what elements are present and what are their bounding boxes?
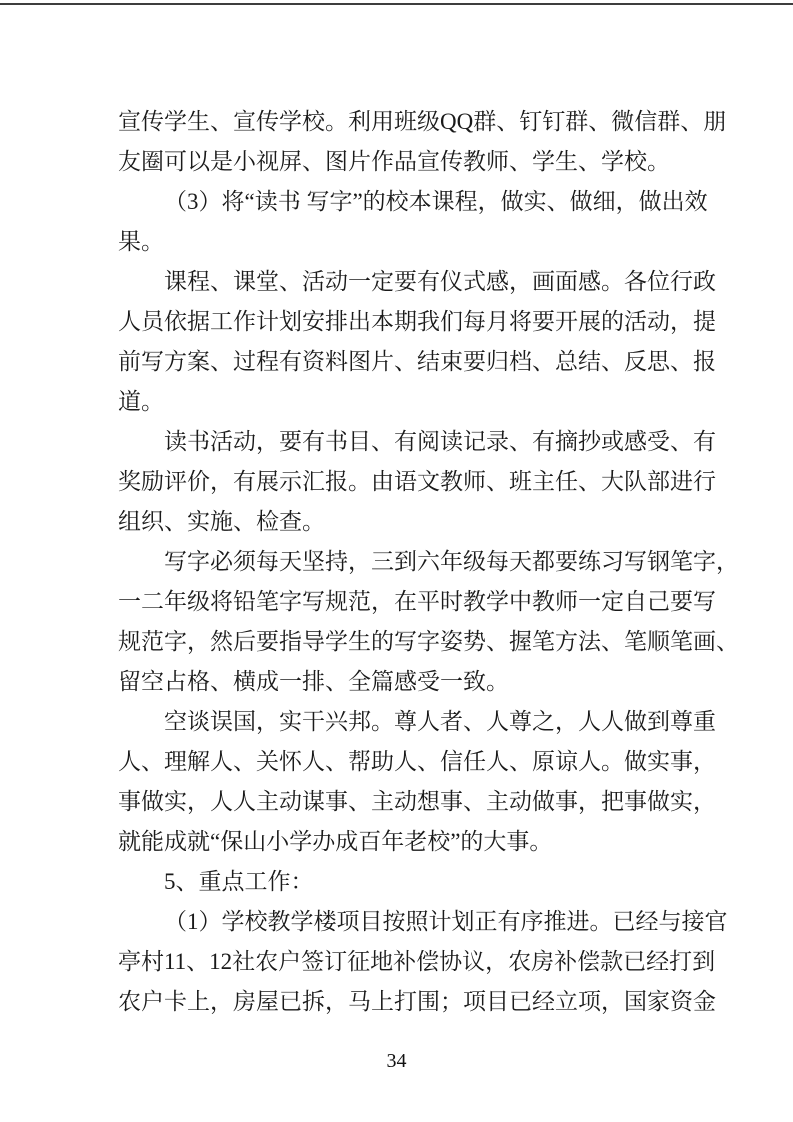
text-line: 组织、实施、检查。 bbox=[118, 502, 686, 542]
text-line: 课程、课堂、活动一定要有仪式感，画面感。各位行政 bbox=[118, 262, 686, 302]
text-line: 读书活动，要有书目、有阅读记录、有摘抄或感受、有 bbox=[118, 422, 686, 462]
text-line: （3）将“读书 写字”的校本课程，做实、做细，做出效 bbox=[118, 182, 686, 222]
text-line: 奖励评价，有展示汇报。由语文教师、班主任、大队部进行 bbox=[118, 462, 686, 502]
page-number: 34 bbox=[0, 1051, 793, 1071]
text-line: 人、理解人、关怀人、帮助人、信任人、原谅人。做实事， bbox=[118, 742, 686, 782]
text-line: 空谈误国，实干兴邦。尊人者、人尊之，人人做到尊重 bbox=[118, 702, 686, 742]
text-line: 写字必须每天坚持，三到六年级每天都要练习写钢笔字， bbox=[118, 542, 686, 582]
document-page: 宣传学生、宣传学校。利用班级QQ群、钉钉群、微信群、朋友圈可以是小视屏、图片作品… bbox=[0, 0, 793, 1122]
document-body: 宣传学生、宣传学校。利用班级QQ群、钉钉群、微信群、朋友圈可以是小视屏、图片作品… bbox=[118, 102, 686, 1022]
text-line: 果。 bbox=[118, 222, 686, 262]
text-line: 事做实，人人主动谋事、主动想事、主动做事，把事做实， bbox=[118, 782, 686, 822]
page-top-edge-line bbox=[0, 3, 793, 5]
text-line: 道。 bbox=[118, 382, 686, 422]
text-line: 友圈可以是小视屏、图片作品宣传教师、学生、学校。 bbox=[118, 142, 686, 182]
text-line: 留空占格、横成一排、全篇感受一致。 bbox=[118, 662, 686, 702]
text-line: 人员依据工作计划安排出本期我们每月将要开展的活动，提 bbox=[118, 302, 686, 342]
text-line: 宣传学生、宣传学校。利用班级QQ群、钉钉群、微信群、朋 bbox=[118, 102, 686, 142]
text-line: 前写方案、过程有资料图片、结束要归档、总结、反思、报 bbox=[118, 342, 686, 382]
text-line: 规范字，然后要指导学生的写字姿势、握笔方法、笔顺笔画、 bbox=[118, 622, 686, 662]
text-line: 农户卡上，房屋已拆，马上打围；项目已经立项，国家资金 bbox=[118, 982, 686, 1022]
text-line: （1）学校教学楼项目按照计划正有序推进。已经与接官 bbox=[118, 902, 686, 942]
text-line: 一二年级将铅笔字写规范，在平时教学中教师一定自己要写 bbox=[118, 582, 686, 622]
text-line: 亭村11、12社农户签订征地补偿协议，农房补偿款已经打到 bbox=[118, 942, 686, 982]
text-line: 就能成就“保山小学办成百年老校”的大事。 bbox=[118, 822, 686, 862]
text-line: 5、重点工作： bbox=[118, 862, 686, 902]
